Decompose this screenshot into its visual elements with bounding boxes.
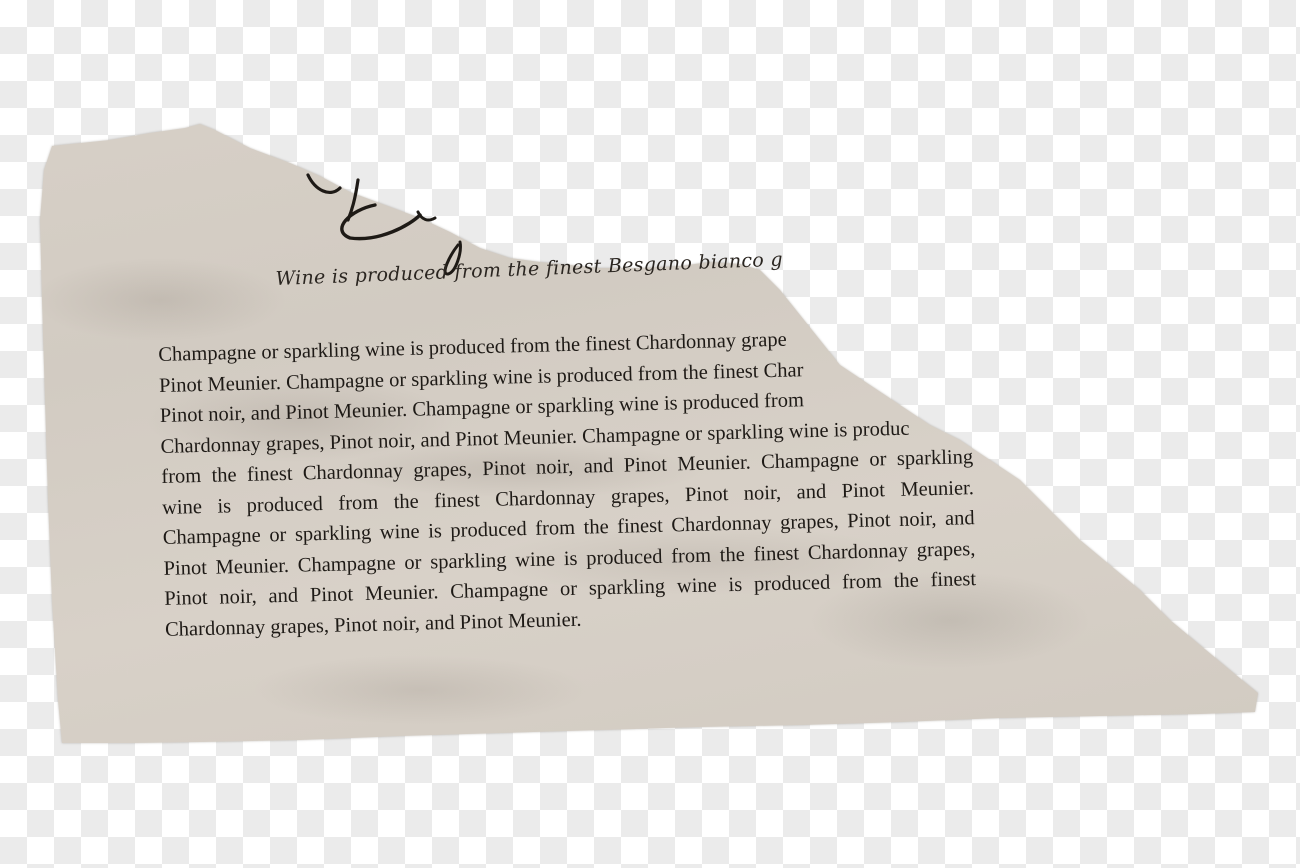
body-paragraph: Champagne or sparkling wine is produced …: [158, 320, 977, 645]
